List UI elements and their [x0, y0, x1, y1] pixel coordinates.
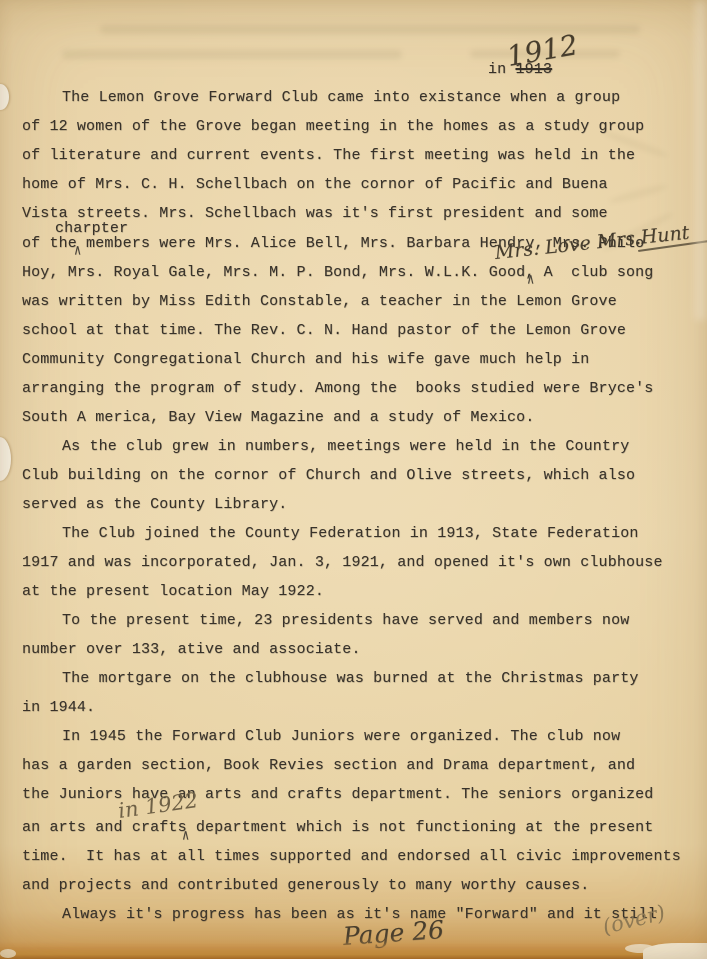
typed-line: Community Congregational Church and his … [22, 352, 589, 368]
typed-line: was written by Miss Edith Constable, a t… [22, 294, 617, 310]
typed-line: The mortgare on the clubhouse was burned… [62, 671, 639, 687]
torn-edge-notch [0, 437, 11, 481]
caret-in-1922: ∧ [182, 827, 189, 845]
handwritten-year-1912: 1912 [504, 28, 580, 73]
bleed-through-mark [608, 182, 668, 205]
typed-line: South A merica, Bay View Magazine and a … [22, 410, 534, 426]
typed-line: of literature and current events. The fi… [22, 148, 635, 164]
typed-line: has a garden section, Book Revies sectio… [22, 758, 635, 774]
typed-line: Hoy, Mrs. Royal Gale, Mrs. M. P. Bond, M… [22, 265, 653, 281]
typed-line: an arts and crafts department which is n… [22, 820, 653, 836]
bottom-left-worn-patch [0, 949, 16, 958]
typed-line: 1917 and was incorporated, Jan. 3, 1921,… [22, 555, 663, 571]
typed-line: The Club joined the County Federation in… [62, 526, 639, 542]
bottom-page-edge [0, 942, 707, 959]
typed-line: As the club grew in numbers, meetings we… [62, 439, 629, 455]
torn-edge-notch [0, 84, 9, 110]
typed-line: and projects and contributed generously … [22, 878, 589, 894]
typed-line: in 1944. [22, 700, 95, 716]
document-page: in 1913The Lemon Grove Forward Club came… [0, 0, 707, 959]
typed-line: To the present time, 23 presidents have … [62, 613, 629, 629]
typed-line: served as the County Library. [22, 497, 287, 513]
typed-line: school at that time. The Rev. C. N. Hand… [22, 323, 626, 339]
bottom-right-worn-patch [625, 944, 655, 953]
typed-line: time. It has at all times supported and … [22, 849, 681, 865]
bleed-through-line [62, 50, 402, 59]
caret-charpter: ∧ [74, 242, 81, 260]
typed-line: The Lemon Grove Forward Club came into e… [62, 90, 620, 106]
typed-line: number over 133, ative and associate. [22, 642, 361, 658]
typed-line: Club building on the cornor of Church an… [22, 468, 635, 484]
typed-line: of 12 women of the Grove began meeting i… [22, 119, 644, 135]
caret-names: ∧ [527, 271, 534, 289]
paper-light-streak [695, 0, 707, 320]
typed-line: arranging the program of study. Among th… [22, 381, 653, 397]
typed-line: In 1945 the Forward Club Juniors were or… [62, 729, 620, 745]
handwritten-names: Mrs. Love Mrs.Hunt [494, 222, 691, 264]
typed-line: home of Mrs. C. H. Schellbach on the cor… [22, 177, 608, 193]
typed-line: at the present location May 1922. [22, 584, 324, 600]
